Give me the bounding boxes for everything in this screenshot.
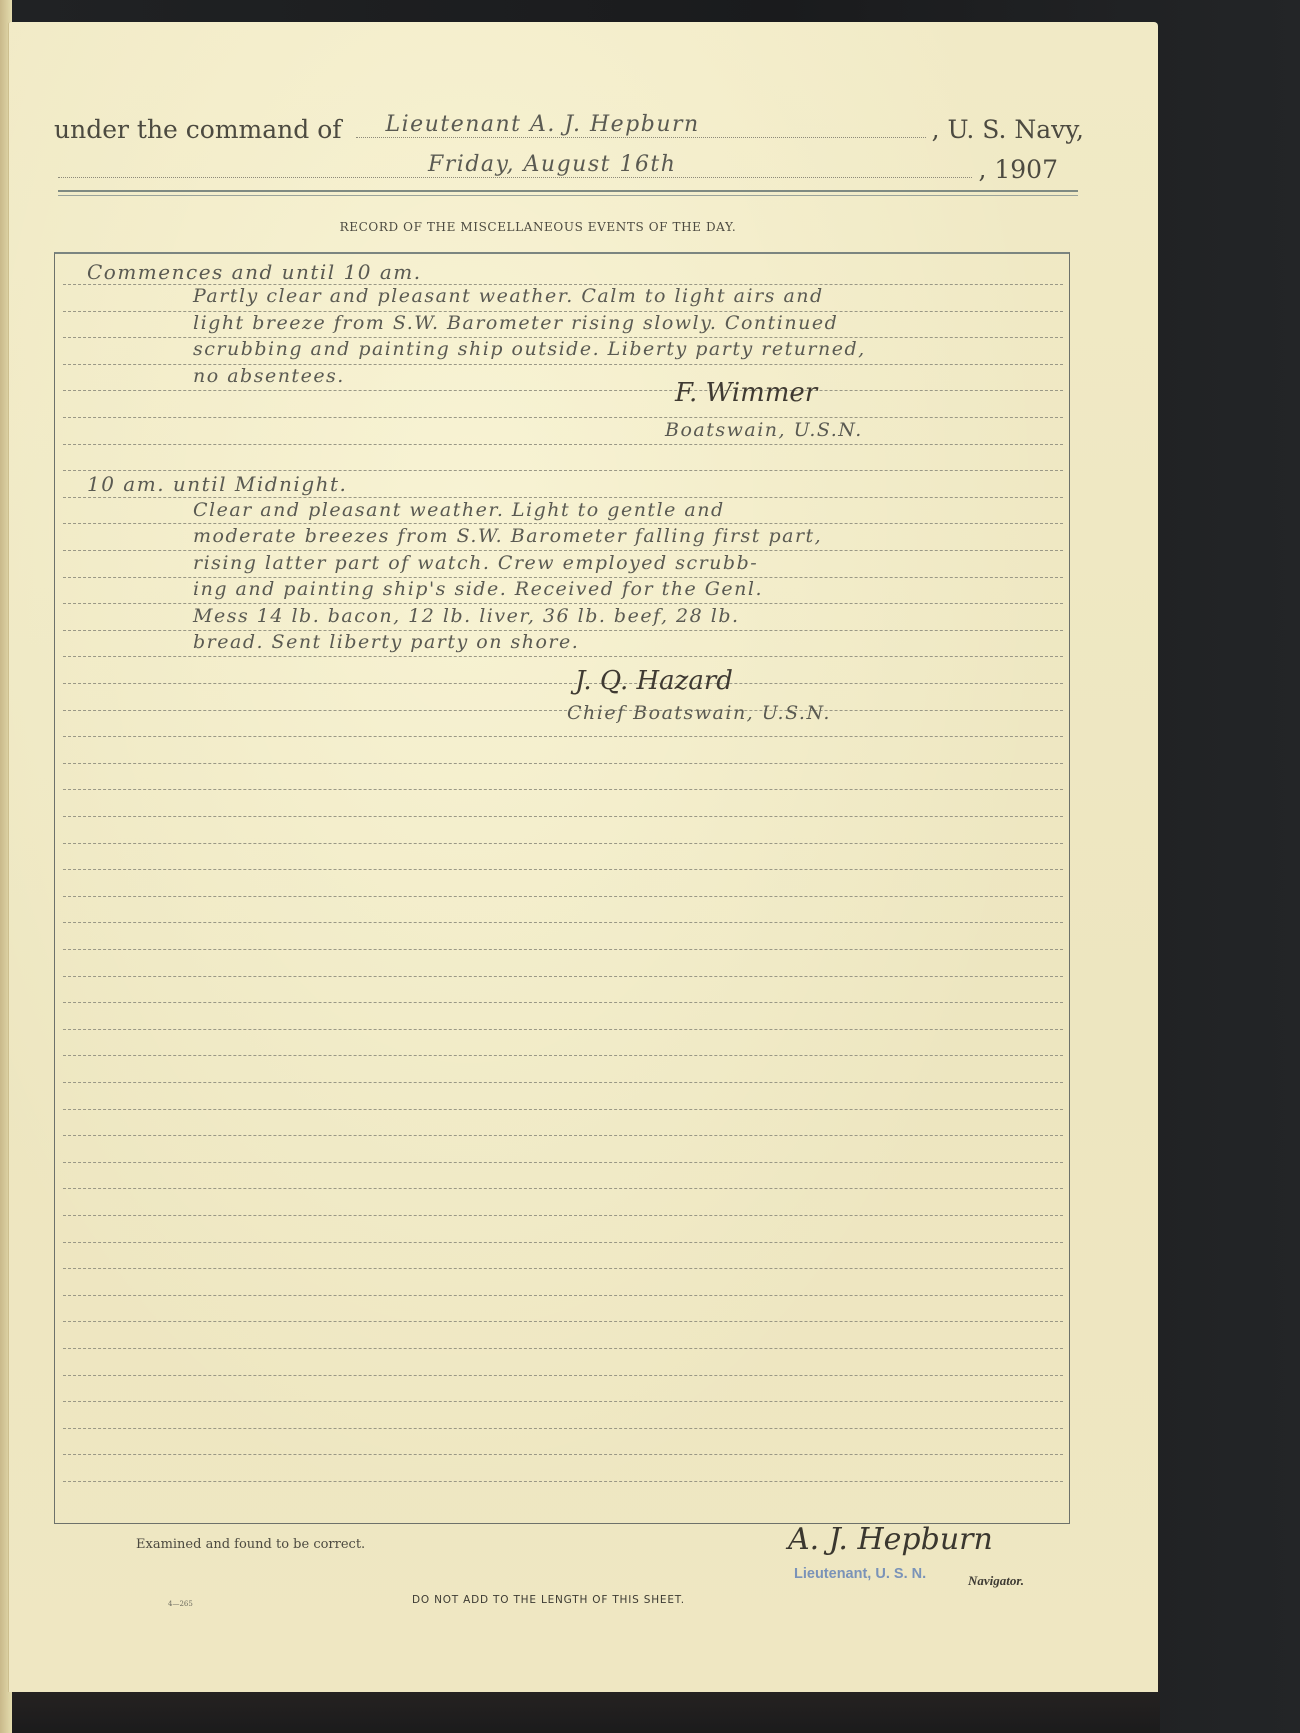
ruled-line <box>63 949 1063 950</box>
ruled-line <box>63 736 1063 737</box>
ruled-line <box>63 1401 1063 1402</box>
entry-line: no absentees. <box>193 365 345 387</box>
boatswain-signature: F. Wimmer <box>675 378 817 408</box>
ruled-line <box>63 1082 1063 1083</box>
chief-boatswain-signature: J. Q. Hazard <box>575 666 733 696</box>
commander-name: Lieutenant A. J. Hepburn <box>386 112 700 137</box>
ruled-line <box>63 1268 1063 1269</box>
entry-line: moderate breezes from S.W. Barometer fal… <box>193 525 822 547</box>
ruled-line <box>63 816 1063 817</box>
ruled-line <box>63 1454 1063 1455</box>
section-title: RECORD OF THE MISCELLANEOUS EVENTS OF TH… <box>8 220 1068 234</box>
ruled-line <box>63 1295 1063 1296</box>
log-date: Friday, August 16th <box>428 152 676 177</box>
ruled-line <box>63 1188 1063 1189</box>
entry-line: rising latter part of watch. Crew employ… <box>193 552 758 574</box>
signer-title: Chief Boatswain, U.S.N. <box>567 702 831 724</box>
entry-period: Commences and until 10 am. <box>87 260 422 284</box>
ruled-line <box>63 896 1063 897</box>
header-divider <box>58 190 1078 196</box>
log-year: , 1907 <box>978 155 1058 184</box>
navigator-signature: A. J. Hepburn <box>788 1522 993 1557</box>
signer-title: Boatswain, U.S.N. <box>665 419 863 441</box>
ruled-line <box>63 1348 1063 1349</box>
ruled-line <box>63 1109 1063 1110</box>
log-sheet: under the command of Lieutenant A. J. He… <box>8 22 1158 1692</box>
ruled-line <box>63 656 1063 657</box>
ruled-line <box>63 497 1063 498</box>
ruled-line <box>63 1002 1063 1003</box>
navigator-rank-stamp: Lieutenant, U. S. N. <box>794 1566 926 1582</box>
ruled-line <box>63 789 1063 790</box>
form-number: 4—265 <box>168 1600 193 1608</box>
entry-period: 10 am. until Midnight. <box>87 472 347 496</box>
ruled-line <box>63 922 1063 923</box>
entry-line: Partly clear and pleasant weather. Calm … <box>193 285 824 307</box>
sheet-length-warning: DO NOT ADD TO THE LENGTH OF THIS SHEET. <box>412 1594 685 1606</box>
ruled-line <box>63 1321 1063 1322</box>
ruled-line <box>63 763 1063 764</box>
ruled-line <box>63 683 1063 684</box>
entry-line: scrubbing and painting ship outside. Lib… <box>193 338 866 360</box>
ruled-line <box>63 390 1063 391</box>
ruled-line <box>63 550 1063 551</box>
command-prefix: under the command of <box>54 115 342 144</box>
entry-line: Mess 14 lb. bacon, 12 lb. liver, 36 lb. … <box>193 605 740 627</box>
ruled-line <box>63 843 1063 844</box>
ruled-line <box>63 1481 1063 1482</box>
ruled-line <box>63 1162 1063 1163</box>
command-line: under the command of Lieutenant A. J. He… <box>54 108 1084 144</box>
ruled-line <box>63 1375 1063 1376</box>
ruled-line <box>63 1135 1063 1136</box>
ruled-line <box>63 869 1063 870</box>
entry-line: bread. Sent liberty party on shore. <box>193 631 579 653</box>
ruled-line <box>63 444 1063 445</box>
date-line: Friday, August 16th , 1907 <box>58 148 1058 184</box>
navigator-role: Navigator. <box>968 1573 1024 1589</box>
ruled-line <box>63 1242 1063 1243</box>
ruled-line <box>63 1215 1063 1216</box>
date-field: Friday, August 16th <box>58 148 972 178</box>
ruled-line <box>63 976 1063 977</box>
ruled-line <box>63 1029 1063 1030</box>
entry-line: ing and painting ship's side. Received f… <box>193 578 763 600</box>
commander-field: Lieutenant A. J. Hepburn <box>356 108 926 138</box>
events-record-box: Commences and until 10 am. Partly clear … <box>54 252 1070 1524</box>
ruled-line <box>63 1428 1063 1429</box>
entry-line: Clear and pleasant weather. Light to gen… <box>193 499 725 521</box>
service-suffix: , U. S. Navy, <box>932 115 1084 144</box>
ruled-line <box>63 710 1063 711</box>
scanned-logbook-page: under the command of Lieutenant A. J. He… <box>0 0 1300 1733</box>
examined-statement: Examined and found to be correct. <box>136 1537 365 1552</box>
entry-line: light breeze from S.W. Barometer rising … <box>193 312 838 334</box>
ruled-line <box>63 417 1063 418</box>
ruled-line <box>63 1055 1063 1056</box>
